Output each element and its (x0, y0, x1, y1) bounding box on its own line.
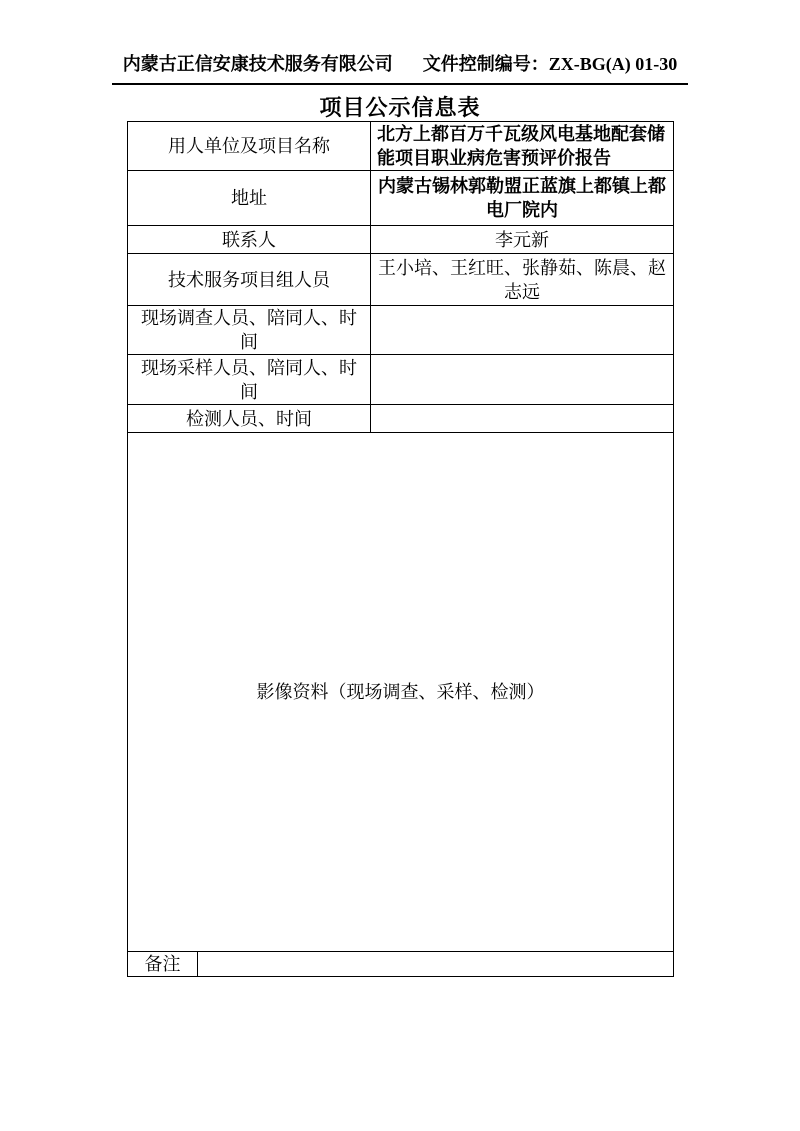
doc-control-number: 文件控制编号：ZX-BG(A) 01-30 (423, 50, 678, 76)
table-row-remark: 备注 (128, 952, 674, 977)
table-row-site-sampling: 现场采样人员、陪同人、时间 (128, 355, 674, 405)
row-value: 北方上都百万千瓦级风电基地配套储能项目职业病危害预评价报告 (371, 122, 674, 171)
table-row-employer: 用人单位及项目名称 北方上都百万千瓦级风电基地配套储能项目职业病危害预评价报告 (128, 122, 674, 171)
table-row-contact: 联系人 李元新 (128, 226, 674, 254)
table-row-address: 地址 内蒙古锡林郭勒盟正蓝旗上都镇上都电厂院内 (128, 171, 674, 226)
row-label: 现场调查人员、陪同人、时间 (128, 306, 371, 355)
remark-value-cell (198, 952, 674, 977)
media-section-label: 影像资料（现场调查、采样、检测） (257, 682, 545, 702)
row-value: 李元新 (371, 226, 674, 254)
page-title: 项目公示信息表 (0, 91, 800, 122)
row-value (371, 405, 674, 433)
row-value: 王小培、王红旺、张静茹、陈晨、赵志远 (371, 254, 674, 306)
row-value (371, 355, 674, 405)
table-row-detection: 检测人员、时间 (128, 405, 674, 433)
row-label: 检测人员、时间 (128, 405, 371, 433)
table-row-site-survey: 现场调查人员、陪同人、时间 (128, 306, 674, 355)
row-label: 用人单位及项目名称 (128, 122, 371, 171)
media-section-cell: 影像资料（现场调查、采样、检测） (128, 433, 674, 952)
remark-label-cell: 备注 (128, 952, 198, 977)
row-label: 地址 (128, 171, 371, 226)
table-row-media: 影像资料（现场调查、采样、检测） (128, 433, 674, 952)
company-name: 内蒙古正信安康技术服务有限公司 (123, 50, 393, 76)
row-value (371, 306, 674, 355)
row-label: 技术服务项目组人员 (128, 254, 371, 306)
project-info-table: 用人单位及项目名称 北方上都百万千瓦级风电基地配套储能项目职业病危害预评价报告 … (127, 121, 674, 977)
row-label: 联系人 (128, 226, 371, 254)
row-value: 内蒙古锡林郭勒盟正蓝旗上都镇上都电厂院内 (371, 171, 674, 226)
table-row-service-team: 技术服务项目组人员 王小培、王红旺、张静茹、陈晨、赵志远 (128, 254, 674, 306)
document-page: 内蒙古正信安康技术服务有限公司 文件控制编号：ZX-BG(A) 01-30 项目… (0, 0, 800, 1131)
document-header: 内蒙古正信安康技术服务有限公司 文件控制编号：ZX-BG(A) 01-30 (112, 50, 688, 85)
row-label: 现场采样人员、陪同人、时间 (128, 355, 371, 405)
